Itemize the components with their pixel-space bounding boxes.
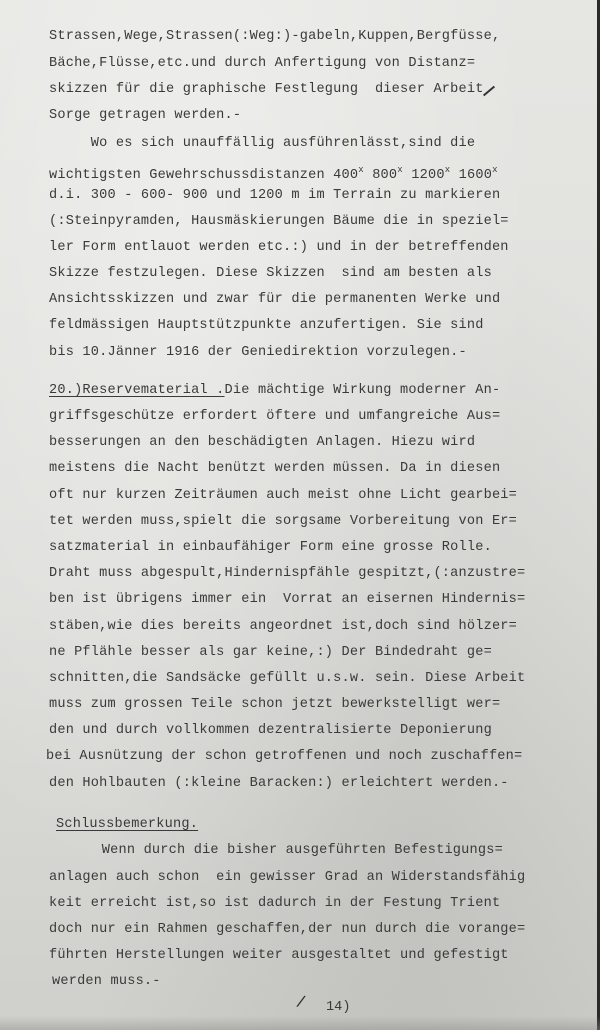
text-line: Wenn durch die bisher ausgeführten Befes…: [60, 843, 503, 859]
text-line: Draht muss abgespult,Hindernispfähle ges…: [49, 566, 525, 582]
text-line: doch nur ein Rahmen geschaffen,der nun d…: [49, 922, 525, 938]
text-line: Ansichtsskizzen und zwar für die permane…: [49, 292, 500, 308]
text-line: bis 10.Jänner 1916 der Geniedirektion vo…: [49, 345, 467, 361]
text-line: Strassen,Wege,Strassen(:Weg:)-gabeln,Kup…: [49, 29, 500, 45]
superscript-x: x: [492, 165, 498, 175]
text-line: keit erreicht ist,so ist dadurch in der …: [49, 896, 500, 912]
text-fragment: wichtigsten Gewehrschussdistanzen 400: [49, 168, 358, 183]
section-20-first-line: 20.)Reservematerial .Die mächtige Wirkun…: [49, 383, 500, 399]
text-line: oft nur kurzen Zeiträumen auch meist ohn…: [49, 488, 517, 504]
text-line: ne Pflähle besser als gar keine,:) Der B…: [49, 645, 492, 661]
scanned-document-page: Strassen,Wege,Strassen(:Weg:)-gabeln,Kup…: [0, 0, 600, 1030]
text-fragment: Die mächtige Wirkung moderner An-: [225, 383, 501, 398]
superscript-x: x: [358, 165, 364, 175]
text-line: werden muss.-: [52, 974, 161, 990]
text-line: den und durch vollkommen dezentralisiert…: [49, 723, 492, 739]
closing-heading: Schlussbemerkung.: [56, 817, 198, 833]
text-line: führten Herstellungen weiter ausgestalte…: [49, 948, 509, 964]
distance-value: 800: [372, 168, 397, 183]
text-line: feldmässigen Hauptstützpunkte anzufertig…: [49, 318, 484, 334]
text-line: (:Steinpyramden, Hausmäskierungen Bäume …: [49, 214, 509, 230]
pen-mark: [483, 86, 495, 97]
superscript-x: x: [445, 165, 451, 175]
text-line: tet werden muss,spielt die sorgsame Vorb…: [49, 514, 517, 530]
text-line: skizzen für die graphische Festlegung di…: [49, 82, 484, 98]
text-line: meistens die Nacht benützt werden müssen…: [49, 461, 500, 477]
text-line: stäben,wie dies bereits angeordnet ist,d…: [49, 619, 517, 635]
text-line: satzmaterial in einbaufähiger Form eine …: [49, 540, 492, 556]
text-line: Skizze festzulegen. Diese Skizzen sind a…: [49, 266, 492, 282]
text-line: muss zum grossen Teile schon jetzt bewer…: [49, 697, 500, 713]
text-line: den Hohlbauten (:kleine Baracken:) erlei…: [49, 776, 509, 792]
page-number: 14): [326, 1000, 350, 1015]
slash-mark: /: [295, 993, 307, 1012]
text-line: griffsgeschütze erfordert öftere und umf…: [49, 409, 500, 425]
distance-value: 1600: [459, 168, 492, 183]
text-line-distances: wichtigsten Gewehrschussdistanzen 400x 8…: [49, 162, 498, 178]
page-bottom-shadow: [0, 1016, 600, 1030]
text-line: schnitten,die Sandsäcke gefüllt u.s.w. s…: [49, 671, 525, 687]
section-heading: 20.)Reservematerial .: [49, 383, 225, 398]
superscript-x: x: [397, 165, 403, 175]
text-line: d.i. 300 - 600- 900 und 1200 m im Terrai…: [49, 188, 500, 204]
text-line: Bäche,Flüsse,etc.und durch Anfertigung v…: [49, 56, 475, 72]
text-line: bei Ausnützung der schon getroffenen und…: [46, 749, 522, 765]
text-line: Sorge getragen werden.-: [49, 108, 241, 124]
text-line: Wo es sich unauffällig ausführenlässt,si…: [49, 136, 475, 152]
text-line: ben ist übrigens immer ein Vorrat an eis…: [49, 592, 525, 608]
distance-value: 1200: [411, 168, 444, 183]
text-line: ler Form entlauot werden etc.:) und in d…: [49, 240, 509, 256]
text-line: besserungen an den beschädigten Anlagen.…: [49, 435, 475, 451]
text-line: anlagen auch schon ein gewisser Grad an …: [49, 870, 525, 886]
